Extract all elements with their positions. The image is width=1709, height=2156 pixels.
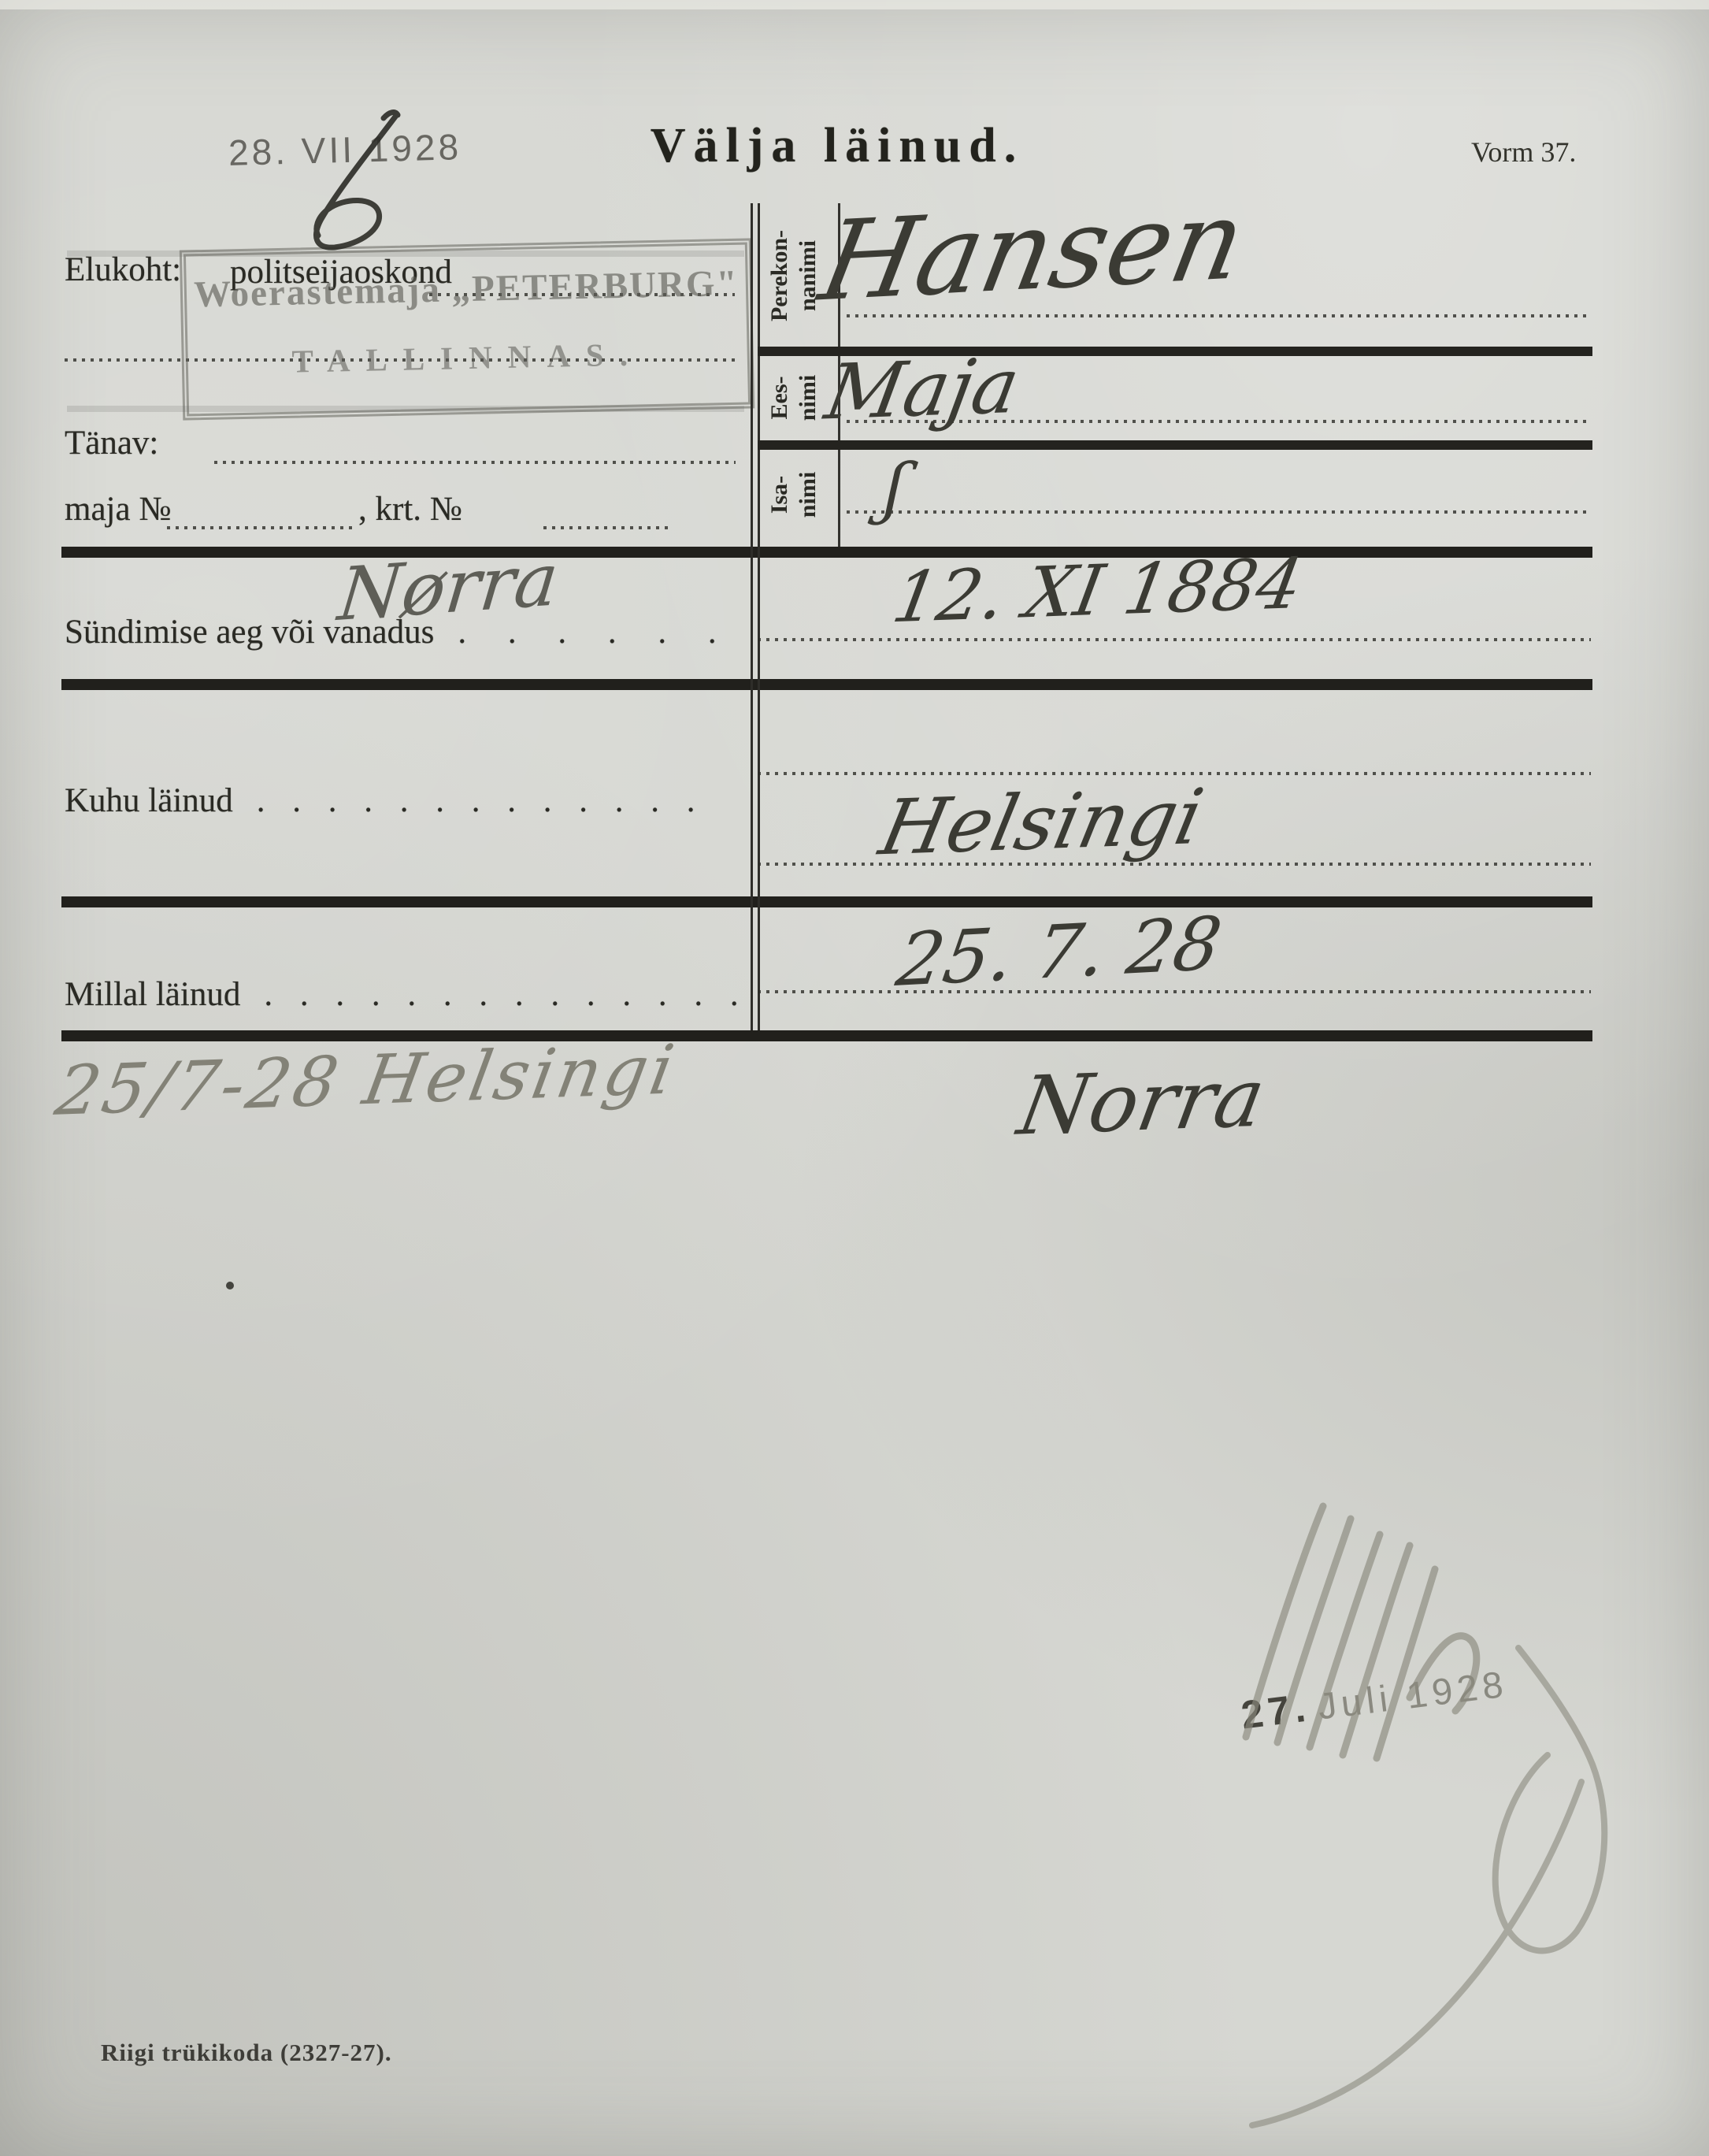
isanimi-label-line1: Isa-	[766, 455, 794, 534]
hotel-rubber-stamp: Woerastemaja „PETERBURG" TALLINNAS.	[180, 238, 754, 420]
page-title: Välja läinud.	[651, 118, 1025, 174]
column-divider	[751, 203, 760, 1030]
eesnimi-value: Maja	[819, 341, 1025, 436]
printer-imprint: Riigi trükikoda (2327-27).	[101, 2039, 392, 2067]
dotted-line-fathername	[847, 510, 1591, 514]
sundimise-label: Sündimise aeg või vanadus. . . . . .	[65, 613, 718, 651]
maja-label: maja №	[65, 490, 171, 529]
hotel-stamp-line2: TALLINNAS.	[187, 333, 747, 383]
kuhu-value: Helsingi	[873, 772, 1210, 872]
destination-handwritten: Norra	[1012, 1051, 1272, 1154]
kuhu-label-text: Kuhu läinud	[65, 782, 233, 819]
section-rule-4	[61, 1030, 1592, 1041]
sundimise-label-text: Sündimise aeg või vanadus	[65, 614, 434, 651]
eesnimi-label-line1: Ees-	[766, 358, 794, 437]
perekonnanimi-value: Hansen	[811, 176, 1255, 326]
millal-label: Millal läinud. . . . . . . . . . . . . .	[65, 975, 740, 1014]
tanav-label: Tänav:	[65, 424, 158, 462]
isanimi-label: Isa- nimi	[766, 455, 824, 534]
section-rule-2	[61, 679, 1592, 690]
departure-date-stamp: 27. Juli 1928	[1239, 1660, 1511, 1738]
dotted-line-millal	[758, 990, 1591, 993]
dotted-line-maja	[167, 526, 352, 529]
departure-note-handwritten: 25/7-28 Helsingi	[50, 1030, 682, 1131]
sundimise-leader-dots: . . . . . .	[458, 614, 717, 651]
departure-date-stamp-day: 27.	[1239, 1685, 1313, 1737]
isanimi-value: ʃ	[879, 449, 910, 526]
departure-date-stamp-rest: Juli 1928	[1315, 1662, 1510, 1727]
isanimi-label-line2: nimi	[794, 455, 822, 534]
eesnimi-label-line2: nimi	[794, 358, 822, 437]
millal-value: 25. 7. 28	[892, 901, 1227, 1003]
ink-dot	[226, 1282, 234, 1290]
dotted-line-birth	[758, 638, 1591, 641]
perekonnanimi-label-line1: Perekon-	[766, 206, 794, 345]
section-rule-1	[61, 547, 1592, 558]
millal-label-text: Millal läinud	[65, 976, 240, 1013]
hotel-stamp-line1: Woerastemaja „PETERBURG"	[186, 262, 746, 317]
millal-leader-dots: . . . . . . . . . . . . . .	[264, 976, 740, 1013]
birth-date-value: 12. XI 1884	[887, 543, 1308, 639]
kuhu-label: Kuhu läinud. . . . . . . . . . . . .	[65, 781, 697, 820]
dotted-line-tanav	[214, 461, 736, 464]
arrival-date-stamp: 28. VII 1928	[228, 125, 462, 174]
kuhu-leader-dots: . . . . . . . . . . . . .	[257, 782, 697, 819]
form-number: Vorm 37.	[1471, 135, 1576, 169]
eesnimi-label: Ees- nimi	[766, 358, 824, 437]
krt-label: , krt. №	[358, 490, 462, 529]
dotted-line-krt	[543, 526, 672, 529]
document-page: 28. VII 1928 Välja läinud. Vorm 37. Eluk…	[0, 0, 1709, 2156]
name-row-rule-2	[758, 440, 1592, 450]
section-rule-3	[61, 896, 1592, 907]
